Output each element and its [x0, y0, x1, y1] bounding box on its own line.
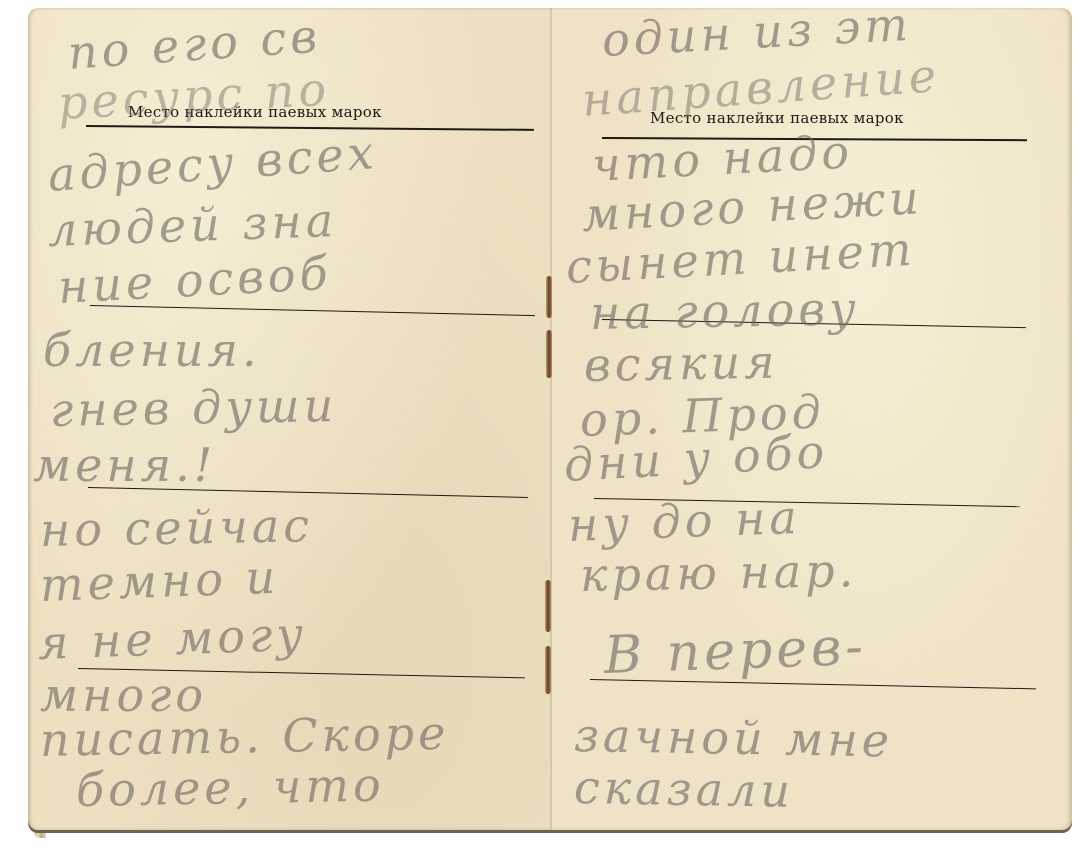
handwriting-line: писать. Скоре [40, 706, 450, 767]
handwriting-line: бления. [43, 323, 261, 377]
handwriting-line: зачной мне [574, 708, 894, 768]
handwriting-line: ну до на [567, 490, 802, 552]
handwriting-line: В перев- [603, 617, 868, 686]
handwriting-line: гнев души [50, 378, 338, 437]
handwriting-line: более, что [76, 758, 386, 817]
staple-bottom-upper [545, 580, 551, 632]
right-page: Место наклейки паевых марок один из эт н… [552, 8, 1072, 830]
handwriting-line: меня.! [33, 438, 216, 492]
stamp-booklet-spread: Место наклейки паевых марок по его св ре… [18, 8, 1078, 833]
handwriting-line: адресу всех [46, 125, 379, 202]
handwriting-line: на голову [590, 281, 861, 340]
handwriting-line: но сейчас [40, 498, 314, 557]
handwriting-line: сказали [574, 760, 795, 818]
handwriting-line: ние освоб [57, 246, 333, 314]
staple-bottom-lower [545, 646, 551, 694]
handwriting-line: краю нар. [580, 543, 858, 602]
handwriting-line: всякия [584, 335, 779, 392]
handwriting-line: я не могу [37, 607, 308, 670]
handwriting-line: темно и [39, 550, 280, 612]
left-page: Место наклейки паевых марок по его св ре… [28, 8, 552, 830]
